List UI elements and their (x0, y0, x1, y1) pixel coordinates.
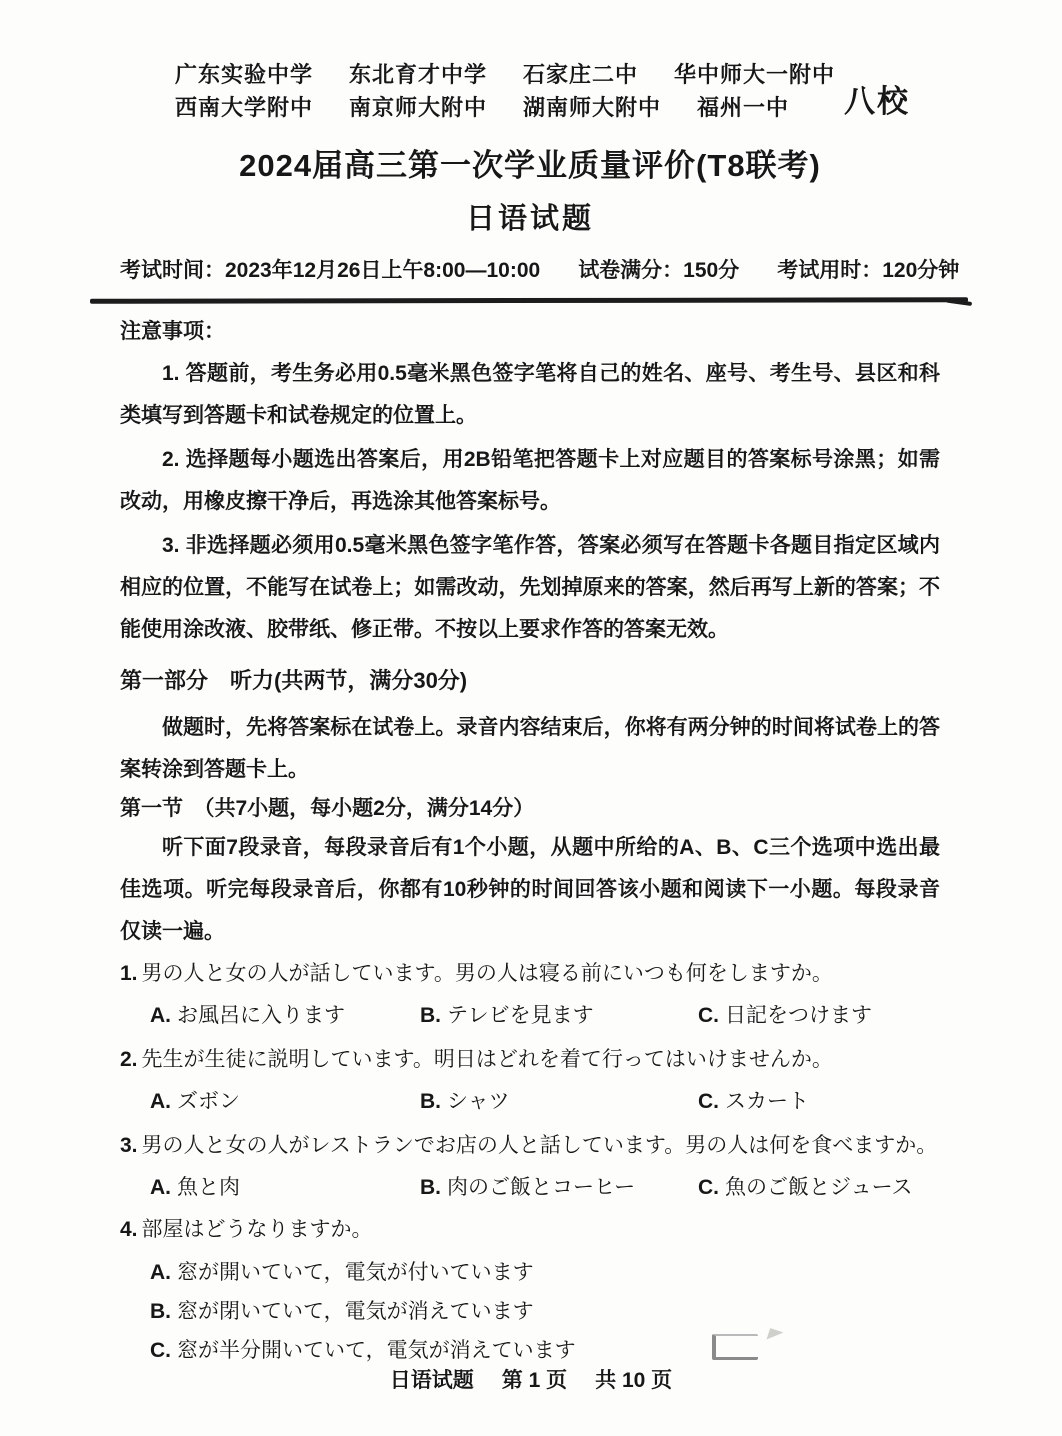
option-text: お風呂に入ります (177, 1004, 345, 1027)
question-2: 2.先生が生徒に説明しています。明日はどれを着て行ってはいけませんか。 A.ズボ… (120, 1045, 940, 1117)
option-b: B.窓が閉いていて，電気が消えています (150, 1292, 940, 1331)
option-a: A.ズボン (150, 1087, 420, 1117)
exam-title: 2024届高三第一次学业质量评价(T8联考) (120, 146, 940, 186)
question-text: 先生が生徒に説明しています。明日はどれを着て行ってはいけませんか。 (142, 1048, 833, 1071)
question-options: A.お風呂に入ります B.テレビを見ます C.日記をつけます (120, 1001, 940, 1031)
header-schools: 广东实验中学 东北育才中学 石家庄二中 华中师大一附中 西南大学附中 南京师大附… (120, 58, 940, 124)
question-text: 男の人と女の人がレストランでお店の人と話しています。男の人は何を食べますか。 (142, 1134, 938, 1157)
option-label: C. (698, 1090, 719, 1113)
notice-item-3: 3. 非选择题必须用0.5毫米黑色签字笔作答，答案必须写在答题卡各题目指定区域内… (120, 525, 940, 651)
option-text: シャツ (447, 1090, 510, 1113)
option-label: A. (150, 1090, 171, 1113)
school-name: 湖南师大附中 (523, 91, 661, 124)
question-3: 3.男の人と女の人がレストランでお店の人と話しています。男の人は何を食べますか。… (120, 1131, 940, 1203)
question-options: A.魚と肉 B.肉のご飯とコーヒー C.魚のご飯とジュース (120, 1173, 940, 1203)
option-text: スカート (725, 1090, 809, 1113)
option-text: 窓が開いていて，電気が付いています (177, 1261, 534, 1284)
question-number: 4. (120, 1218, 138, 1241)
option-c: C.日記をつけます (698, 1001, 872, 1031)
option-label: A. (150, 1261, 171, 1284)
question-number: 3. (120, 1134, 138, 1157)
exam-info-row: 考试时间：2023年12月26日上午8:00—10:00 试卷满分：150分 考… (120, 256, 940, 286)
exam-duration: 考试用时：120分钟 (777, 256, 959, 286)
eight-schools-badge: 八校 (844, 76, 910, 121)
exam-paper-page: 广东实验中学 东北育才中学 石家庄二中 华中师大一附中 西南大学附中 南京师大附… (0, 0, 1062, 1436)
part1-intro: 做题时，先将答案标在试卷上。录音内容结束后，你将有两分钟的时间将试卷上的答案转涂… (120, 707, 940, 791)
option-label: A. (150, 1004, 171, 1027)
question-text: 男の人と女の人が話しています。男の人は寝る前にいつも何をしますか。 (142, 962, 833, 985)
school-name: 华中师大一附中 (674, 58, 835, 91)
footer-page-number: 第 1 页 (502, 1366, 567, 1396)
option-text: 窓が閉いていて，電気が消えています (177, 1300, 534, 1323)
school-name: 石家庄二中 (523, 58, 638, 91)
scan-artifact (712, 1334, 758, 1360)
option-text: 魚と肉 (177, 1176, 240, 1199)
question-stem: 2.先生が生徒に説明しています。明日はどれを着て行ってはいけませんか。 (120, 1045, 940, 1075)
option-c: C.スカート (698, 1087, 809, 1117)
option-label: C. (698, 1176, 719, 1199)
horizontal-rule (90, 297, 968, 304)
question-stem: 3.男の人と女の人がレストランでお店の人と話しています。男の人は何を食べますか。 (120, 1131, 940, 1161)
option-label: B. (150, 1300, 171, 1323)
school-name: 广东实验中学 (175, 58, 313, 91)
question-options: A.ズボン B.シャツ C.スカート (120, 1087, 940, 1117)
option-text: 日記をつけます (725, 1004, 872, 1027)
schools-row-1: 广东实验中学 东北育才中学 石家庄二中 华中师大一附中 (175, 58, 940, 91)
page-footer: 日语试题 第 1 页 共 10 页 (0, 1366, 1062, 1396)
option-label: B. (420, 1004, 441, 1027)
exam-full-score: 试卷满分：150分 (578, 256, 739, 286)
option-label: C. (698, 1004, 719, 1027)
option-c: C.魚のご飯とジュース (698, 1173, 913, 1203)
option-a: A.魚と肉 (150, 1173, 420, 1203)
question-1: 1.男の人と女の人が話しています。男の人は寝る前にいつも何をしますか。 A.お風… (120, 959, 940, 1031)
school-name: 福州一中 (697, 91, 789, 124)
notice-item-2: 2. 选择题每小题选出答案后，用2B铅笔把答题卡上对应题目的答案标号涂黑；如需改… (120, 439, 940, 523)
option-text: 窓が半分開いていて，電気が消えています (177, 1339, 576, 1362)
option-b: B.シャツ (420, 1087, 698, 1117)
question-stem: 4.部屋はどうなりますか。 (120, 1215, 940, 1245)
question-number: 2. (120, 1048, 138, 1071)
option-label: C. (150, 1339, 171, 1362)
school-name: 东北育才中学 (349, 58, 487, 91)
exam-time: 考试时间：2023年12月26日上午8:00—10:00 (120, 256, 540, 286)
notice-heading: 注意事项： (120, 317, 940, 347)
section1-heading: 第一节 （共7小题，每小题2分，满分14分） (120, 793, 940, 825)
option-text: テレビを見ます (447, 1004, 594, 1027)
option-label: B. (420, 1176, 441, 1199)
option-text: 魚のご飯とジュース (725, 1176, 913, 1199)
option-a: A.窓が開いていて，電気が付いています (150, 1253, 940, 1292)
footer-total-pages: 共 10 页 (595, 1366, 672, 1396)
schools-row-2: 西南大学附中 南京师大附中 湖南师大附中 福州一中 (175, 91, 940, 124)
option-label: A. (150, 1176, 171, 1199)
option-b: B.テレビを見ます (420, 1001, 698, 1031)
option-c: C.窓が半分開いていて，電気が消えています (150, 1331, 940, 1370)
option-b: B.肉のご飯とコーヒー (420, 1173, 698, 1203)
question-stem: 1.男の人と女の人が話しています。男の人は寝る前にいつも何をしますか。 (120, 959, 940, 989)
option-a: A.お風呂に入ります (150, 1001, 420, 1031)
exam-subject-title: 日语试题 (120, 200, 940, 238)
question-4: 4.部屋はどうなりますか。 A.窓が開いていて，電気が付いています B.窓が閉い… (120, 1215, 940, 1370)
option-label: B. (420, 1090, 441, 1113)
question-text: 部屋はどうなりますか。 (142, 1218, 373, 1241)
part1-heading: 第一部分 听力(共两节，满分30分) (120, 665, 940, 697)
school-name: 南京师大附中 (349, 91, 487, 124)
option-text: ズボン (177, 1090, 240, 1113)
section1-intro: 听下面7段录音，每段录音后有1个小题，从题中所给的A、B、C三个选项中选出最佳选… (120, 827, 940, 953)
footer-doc-label: 日语试题 (390, 1366, 474, 1396)
notice-item-1: 1. 答题前，考生务必用0.5毫米黑色签字笔将自己的姓名、座号、考生号、县区和科… (120, 353, 940, 437)
question-number: 1. (120, 962, 138, 985)
school-name: 西南大学附中 (175, 91, 313, 124)
question-options: A.窓が開いていて，電気が付いています B.窓が閉いていて，電気が消えています … (120, 1253, 940, 1370)
option-text: 肉のご飯とコーヒー (447, 1176, 635, 1199)
